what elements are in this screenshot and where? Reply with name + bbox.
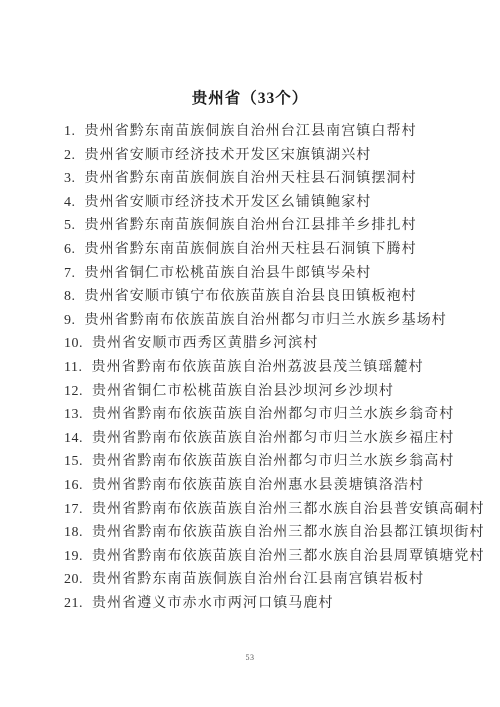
list-item: 11.贵州省黔南布依族苗族自治州荔波县茂兰镇瑶麓村	[64, 356, 470, 380]
list-item-text: 贵州省安顺市镇宁布依族苗族自治县良田镇板袍村	[85, 285, 417, 309]
list-item-text: 贵州省黔南布依族苗族自治州荔波县茂兰镇瑶麓村	[91, 356, 423, 380]
list-item-number: 18.	[64, 521, 83, 545]
list-item-number: 20.	[64, 568, 83, 592]
list-item-number: 4.	[64, 191, 76, 215]
list-item: 16.贵州省黔南布依族苗族自治州惠水县羡塘镇洛浩村	[64, 474, 470, 498]
list-item: 21.贵州省遵义市赤水市两河口镇马鹿村	[64, 592, 470, 616]
list-item-number: 12.	[64, 380, 83, 404]
list-item-number: 21.	[64, 592, 83, 616]
list-item: 19.贵州省黔南布依族苗族自治州三都水族自治县周覃镇塘党村	[64, 545, 470, 569]
list-item-number: 16.	[64, 474, 83, 498]
list-item-text: 贵州省黔东南苗族侗族自治州台江县南宫镇岩板村	[92, 568, 424, 592]
list-item-text: 贵州省黔东南苗族侗族自治州台江县排羊乡排扎村	[85, 214, 417, 238]
list-item-number: 15.	[64, 450, 83, 474]
list-item-text: 贵州省铜仁市松桃苗族自治县牛郎镇岑朵村	[85, 262, 372, 286]
document-page: 贵州省（33个） 1.贵州省黔东南苗族侗族自治州台江县南宫镇白帮村2.贵州省安顺…	[0, 0, 500, 707]
list-item-text: 贵州省遵义市赤水市两河口镇马鹿村	[92, 592, 334, 616]
list-item-text: 贵州省黔南布依族苗族自治州三都水族自治县周覃镇塘党村	[92, 545, 485, 569]
village-list: 1.贵州省黔东南苗族侗族自治州台江县南宫镇白帮村2.贵州省安顺市经济技术开发区宋…	[64, 120, 470, 615]
list-item: 20.贵州省黔东南苗族侗族自治州台江县南宫镇岩板村	[64, 568, 470, 592]
list-item: 1.贵州省黔东南苗族侗族自治州台江县南宫镇白帮村	[64, 120, 470, 144]
list-item-number: 1.	[64, 120, 76, 144]
list-item-number: 8.	[64, 285, 76, 309]
list-item: 18.贵州省黔南布依族苗族自治州三都水族自治县都江镇坝街村	[64, 521, 470, 545]
list-item-number: 3.	[64, 167, 76, 191]
list-item-number: 6.	[64, 238, 76, 262]
list-item-number: 7.	[64, 262, 76, 286]
list-item-text: 贵州省黔南布依族苗族自治州三都水族自治县都江镇坝街村	[92, 521, 485, 545]
list-item-text: 贵州省黔南布依族苗族自治州都匀市归兰水族乡基场村	[85, 309, 447, 333]
list-item-text: 贵州省黔南布依族苗族自治州都匀市归兰水族乡翁奇村	[92, 403, 454, 427]
list-item-text: 贵州省铜仁市松桃苗族自治县沙坝河乡沙坝村	[92, 380, 394, 404]
list-item: 2.贵州省安顺市经济技术开发区宋旗镇湖兴村	[64, 144, 470, 168]
list-item-text: 贵州省安顺市经济技术开发区宋旗镇湖兴村	[85, 144, 372, 168]
list-item: 8.贵州省安顺市镇宁布依族苗族自治县良田镇板袍村	[64, 285, 470, 309]
list-item-number: 9.	[64, 309, 76, 333]
list-item: 6.贵州省黔东南苗族侗族自治州天柱县石洞镇下腾村	[64, 238, 470, 262]
list-item-number: 5.	[64, 214, 76, 238]
list-item-text: 贵州省黔南布依族苗族自治州都匀市归兰水族乡福庄村	[92, 427, 454, 451]
page-number: 53	[0, 653, 500, 663]
list-item: 10.贵州省安顺市西秀区黄腊乡河滨村	[64, 332, 470, 356]
list-item: 9.贵州省黔南布依族苗族自治州都匀市归兰水族乡基场村	[64, 309, 470, 333]
list-item: 7.贵州省铜仁市松桃苗族自治县牛郎镇岑朵村	[64, 262, 470, 286]
list-item-text: 贵州省黔南布依族苗族自治州都匀市归兰水族乡翁高村	[92, 450, 454, 474]
list-item-text: 贵州省黔南布依族苗族自治州三都水族自治县普安镇高硐村	[92, 498, 485, 522]
list-item-text: 贵州省安顺市西秀区黄腊乡河滨村	[92, 332, 319, 356]
list-item: 14.贵州省黔南布依族苗族自治州都匀市归兰水族乡福庄村	[64, 427, 470, 451]
list-item: 4.贵州省安顺市经济技术开发区幺铺镇鲍家村	[64, 191, 470, 215]
list-item-number: 10.	[64, 332, 83, 356]
list-item-text: 贵州省黔东南苗族侗族自治州台江县南宫镇白帮村	[85, 120, 417, 144]
list-item-text: 贵州省安顺市经济技术开发区幺铺镇鲍家村	[85, 191, 372, 215]
list-item-number: 19.	[64, 545, 83, 569]
list-item-number: 14.	[64, 427, 83, 451]
list-item: 5.贵州省黔东南苗族侗族自治州台江县排羊乡排扎村	[64, 214, 470, 238]
list-item-number: 17.	[64, 498, 83, 522]
list-item: 17.贵州省黔南布依族苗族自治州三都水族自治县普安镇高硐村	[64, 498, 470, 522]
list-item-text: 贵州省黔东南苗族侗族自治州天柱县石洞镇摆洞村	[85, 167, 417, 191]
list-item-number: 2.	[64, 144, 76, 168]
list-item: 3.贵州省黔东南苗族侗族自治州天柱县石洞镇摆洞村	[64, 167, 470, 191]
page-title: 贵州省（33个）	[0, 90, 500, 107]
list-item: 15.贵州省黔南布依族苗族自治州都匀市归兰水族乡翁高村	[64, 450, 470, 474]
list-item-number: 11.	[64, 356, 82, 380]
list-item-number: 13.	[64, 403, 83, 427]
list-item: 13.贵州省黔南布依族苗族自治州都匀市归兰水族乡翁奇村	[64, 403, 470, 427]
list-item: 12.贵州省铜仁市松桃苗族自治县沙坝河乡沙坝村	[64, 380, 470, 404]
list-item-text: 贵州省黔南布依族苗族自治州惠水县羡塘镇洛浩村	[92, 474, 424, 498]
list-item-text: 贵州省黔东南苗族侗族自治州天柱县石洞镇下腾村	[85, 238, 417, 262]
